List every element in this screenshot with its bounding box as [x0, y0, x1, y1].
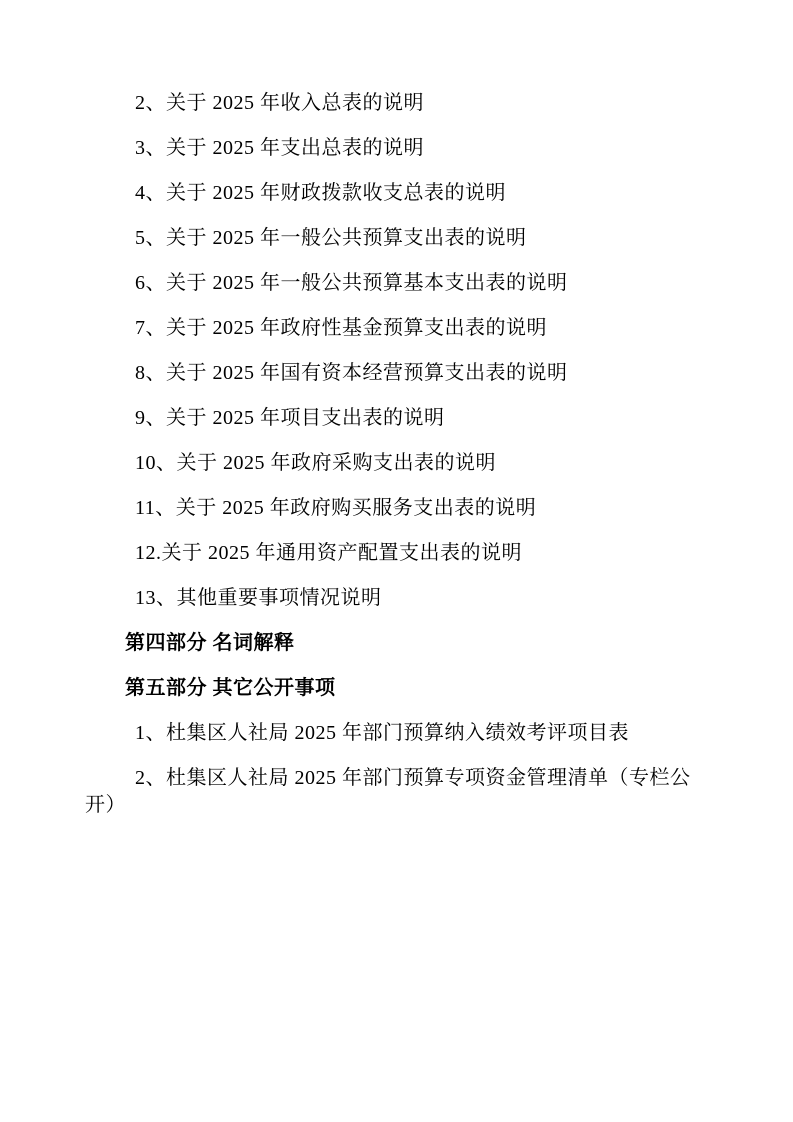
part5-heading: 第五部分 其它公开事项 — [85, 675, 699, 702]
toc-note-6: 6、关于 2025 年一般公共预算基本支出表的说明 — [85, 270, 699, 297]
part4-heading: 第四部分 名词解释 — [85, 630, 699, 657]
toc-note-7: 7、关于 2025 年政府性基金预算支出表的说明 — [85, 315, 699, 342]
toc-note-9: 9、关于 2025 年项目支出表的说明 — [85, 405, 699, 432]
document-page: 2、关于 2025 年收入总表的说明 3、关于 2025 年支出总表的说明 4、… — [0, 0, 793, 1122]
toc-note-13: 13、其他重要事项情况说明 — [85, 585, 699, 612]
part5-item-2: 2、杜集区人社局 2025 年部门预算专项资金管理清单（专栏公开） — [85, 765, 699, 819]
toc-note-3: 3、关于 2025 年支出总表的说明 — [85, 135, 699, 162]
toc-note-5: 5、关于 2025 年一般公共预算支出表的说明 — [85, 225, 699, 252]
toc-note-8: 8、关于 2025 年国有资本经营预算支出表的说明 — [85, 360, 699, 387]
toc-note-11: 11、关于 2025 年政府购买服务支出表的说明 — [85, 495, 699, 522]
toc-note-2: 2、关于 2025 年收入总表的说明 — [85, 90, 699, 117]
part5-item-1: 1、杜集区人社局 2025 年部门预算纳入绩效考评项目表 — [85, 720, 699, 747]
toc-note-4: 4、关于 2025 年财政拨款收支总表的说明 — [85, 180, 699, 207]
toc-note-12: 12.关于 2025 年通用资产配置支出表的说明 — [85, 540, 699, 567]
toc-note-10: 10、关于 2025 年政府采购支出表的说明 — [85, 450, 699, 477]
